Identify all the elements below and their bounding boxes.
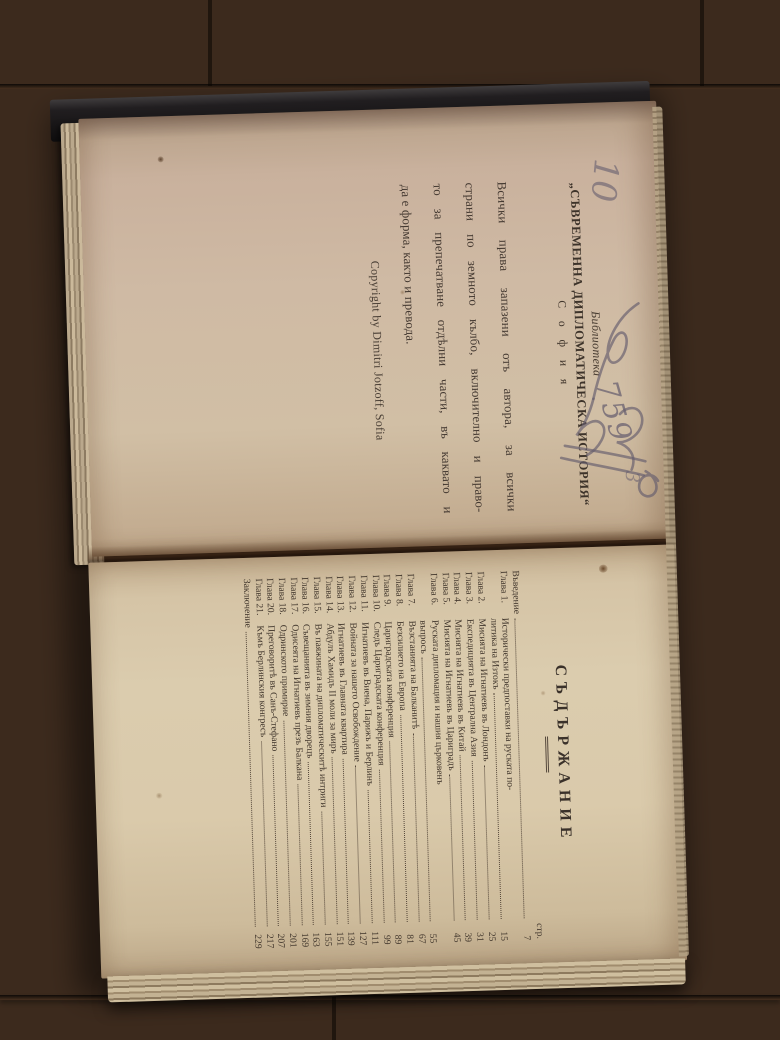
table-of-contents: СЪДЪРЖАНИЕ стр. Въведение7Глава 1.Истори… [230, 569, 577, 949]
handwritten-number-top: 10 [582, 157, 626, 204]
toc-leader-dots [273, 755, 279, 926]
toc-entry-label: Глава 2. [474, 571, 487, 618]
toc-entry-label: Заключение [240, 579, 253, 628]
toc-entry-label: Глава 18. [275, 578, 288, 625]
toc-entry-page-number: 31 [473, 923, 485, 942]
toc-leader-dots [321, 811, 326, 924]
toc-entry-page-number: 151 [333, 927, 345, 946]
toc-entry-label: Глава 10. [369, 575, 382, 622]
photo-of-open-book: Библиотека „СЪВРЕМЕННА ДИПЛОМАТИЧЕСКА ИС… [0, 0, 780, 1040]
toc-entry-label: Глава 4. [451, 572, 464, 619]
toc-entry-label: Глава 21. [252, 578, 265, 625]
toc-leader-dots [484, 766, 490, 920]
toc-entry-title: литика на Изтокъ [487, 618, 501, 690]
toc-entry-label: Глава 6. [427, 573, 440, 620]
toc-entry-page-number: 163 [310, 928, 322, 947]
toc-entry-label: Глава 14. [322, 576, 335, 623]
toc-entry-page-number: 201 [286, 928, 298, 947]
toc-leader-dots [367, 790, 372, 923]
toc-entry-page-number: 169 [298, 928, 310, 947]
toc-entry-page-number: 111 [368, 926, 380, 945]
toc-entry-page-number: 15 [497, 922, 509, 941]
handwritten-scribble [520, 294, 687, 509]
toc-entry-page-number: 55 [426, 924, 438, 943]
open-book: Библиотека „СЪВРЕМЕННА ДИПЛОМАТИЧЕСКА ИС… [44, 76, 695, 1021]
toc-leader-dots [343, 759, 349, 924]
toc-entry-page-number: 207 [274, 929, 286, 948]
wood-plank-seam [208, 0, 212, 86]
toc-entry-label: Глава 3. [462, 572, 475, 619]
toc-entry-label: Глава 20. [263, 578, 276, 625]
toc-entry-page-number: 45 [450, 923, 462, 942]
toc-leader-dots [308, 762, 314, 925]
toc-leader-dots [297, 784, 302, 925]
toc-entry-label: Въведение [509, 570, 522, 614]
toc-entry-page-number: 127 [356, 926, 368, 945]
toc-entry-page-number: 89 [391, 925, 403, 944]
toc-entry-label: Глава 11. [357, 575, 370, 622]
toc-entry-label: Глава 15. [310, 576, 323, 623]
toc-entry-title: въпросъ [417, 620, 430, 654]
toc-entry-page-number: 139 [345, 927, 357, 946]
toc-entry-page-number: 25 [485, 922, 497, 941]
toc-entry-label: Глава 13. [334, 576, 347, 623]
toc-entry-page-number: 67 [415, 924, 427, 943]
toc-entry-page-number: 99 [380, 925, 392, 944]
toc-heading-rule [545, 736, 549, 772]
toc-entry-label: Глава 12. [345, 575, 358, 622]
toc-entry-label: Глава 16. [298, 577, 311, 624]
rights-notice: Всички права запазени отъ автора, за вси… [398, 181, 520, 514]
toc-entry-label: Глава 8. [392, 574, 405, 621]
toc-entry-page-number: 155 [321, 927, 333, 946]
toc-entry-label: Глава 1. [497, 571, 510, 618]
toc-entry-page-number: 81 [403, 925, 415, 944]
toc-entry-label: Глава 7. [404, 574, 417, 621]
toc-entry-label: Глава 9. [380, 574, 393, 621]
toc-leader-dots [378, 770, 384, 923]
toc-entry-page-number: 229 [251, 930, 263, 949]
toc-entry-page-number: 39 [462, 923, 474, 942]
toc-entry-label: Глава 17. [287, 577, 300, 624]
toc-entry-label: Глава 5. [439, 572, 452, 619]
toc-leader-dots [460, 756, 466, 921]
toc-entry-page-number: 217 [263, 929, 275, 948]
toc-leader-dots [355, 766, 361, 924]
toc-leader-dots [449, 775, 455, 921]
wood-plank-seam [700, 0, 704, 86]
toc-leader-dots [472, 761, 478, 920]
toc-entry-page-number: 7 [520, 921, 532, 940]
toc-leader-dots [331, 758, 337, 925]
toc-rows: Въведение7Глава 1.Исторически предпостав… [240, 570, 532, 949]
